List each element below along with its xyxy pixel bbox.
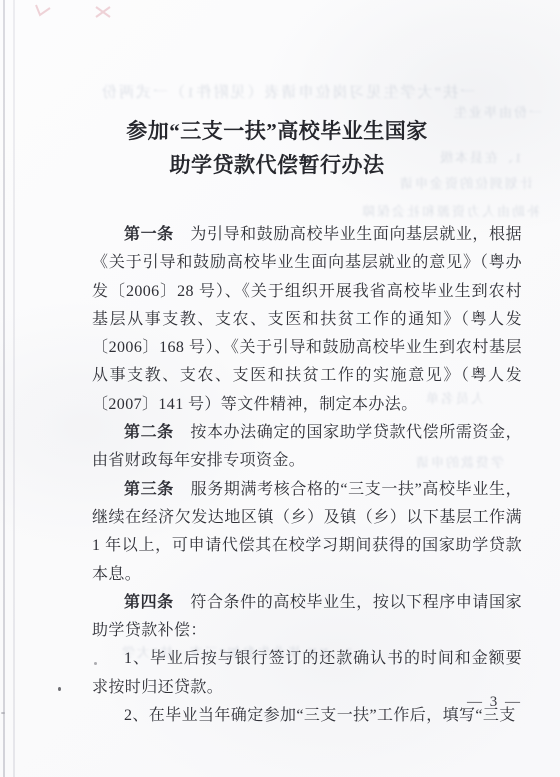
ink-speck bbox=[58, 687, 61, 691]
item-1-text: 1、毕业后按与银行签订的还款确认书的时间和金额要求按时归还贷款。 bbox=[92, 650, 522, 695]
bleedthrough-line: 一扶”大学生见习岗位申请表（见附件1）一式两份 bbox=[100, 81, 475, 102]
paragraph-item-2: 2、在毕业当年确定参加“三支一扶”工作后，填写“三支 bbox=[92, 702, 522, 730]
page-number: — 3 — bbox=[467, 694, 522, 711]
red-pen-mark-check bbox=[34, 3, 52, 17]
article-1-text: 为引导和鼓励高校毕业生面向基层就业，根据《关于引导和鼓励高校毕业生面向基层就业的… bbox=[92, 226, 522, 413]
article-2-label: 第二条 bbox=[124, 424, 174, 441]
document-body: 第一条 为引导和鼓励高校毕业生面向基层就业，根据《关于引导和鼓励高校毕业生面向基… bbox=[92, 221, 522, 730]
document-title-line-2: 助学贷款代偿暂行办法 bbox=[62, 148, 492, 182]
paragraph-article-1: 第一条 为引导和鼓励高校毕业生面向基层就业，根据《关于引导和鼓励高校毕业生面向基… bbox=[92, 221, 522, 419]
article-1-label: 第一条 bbox=[124, 226, 174, 243]
scanned-document-page: 一扶”大学生见习岗位申请表（见附件1）一式两份 一份由毕业生 1、在县本级 计划… bbox=[0, 0, 560, 777]
article-3-label: 第三条 bbox=[124, 481, 174, 498]
document-title: 参加“三支一扶”高校毕业生国家 助学贷款代偿暂行办法 bbox=[62, 114, 492, 182]
bleedthrough-line: 补助由人力资源和社会保障 bbox=[360, 201, 540, 220]
red-pen-mark-cross bbox=[94, 5, 112, 19]
scan-edge-line bbox=[3, 0, 5, 777]
paragraph-article-3: 第三条 服务期满考核合格的“三支一扶”高校毕业生，继续在经济欠发达地区镇（乡）及… bbox=[92, 476, 522, 589]
paragraph-article-4: 第四条 符合条件的高校毕业生，按以下程序申请国家助学贷款补偿： bbox=[92, 589, 522, 646]
item-2-text: 2、在毕业当年确定参加“三支一扶”工作后，填写“三支 bbox=[124, 707, 516, 724]
document-title-line-1: 参加“三支一扶”高校毕业生国家 bbox=[62, 114, 492, 148]
article-4-label: 第四条 bbox=[124, 594, 174, 611]
paragraph-item-1: 1、毕业后按与银行签订的还款确认书的时间和金额要求按时归还贷款。 bbox=[92, 645, 522, 702]
paragraph-article-2: 第二条 按本办法确定的国家助学贷款代偿所需资金，由省财政每年安排专项资金。 bbox=[92, 419, 522, 476]
page-fold-line bbox=[13, 0, 15, 777]
